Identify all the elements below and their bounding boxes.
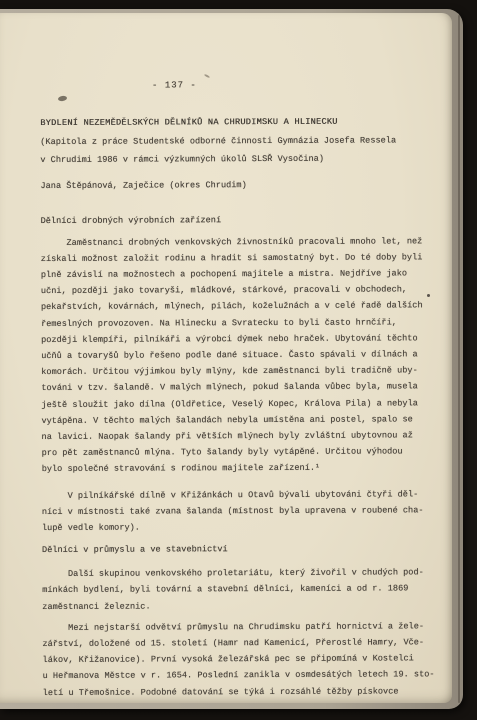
author-line: Jana Štěpánová, Zaječice (okres Chrudim) (40, 176, 452, 195)
page-content: - 137 - BYDLENÍ NEZEMĚDĚLSKÝCH DĚLNÍKŮ N… (0, 79, 455, 701)
ink-speck (427, 294, 430, 297)
scanned-book-photo: - 137 - BYDLENÍ NEZEMĚDĚLSKÝCH DĚLNÍKŮ N… (0, 0, 477, 720)
scanned-page: - 137 - BYDLENÍ NEZEMĚDĚLSKÝCH DĚLNÍKŮ N… (0, 13, 452, 703)
section-heading: Dělníci v průmyslu a ve stavebnictví (42, 540, 454, 559)
article-subtitle: (Kapitola z práce Studentské odborné čin… (40, 131, 452, 170)
page-number: - 137 - (152, 79, 452, 91)
paragraph: Zaměstnanci drobných venkovských živnost… (41, 233, 454, 478)
paragraph: Další skupinou venkovského proletariátu,… (42, 564, 454, 614)
section-heading: Dělníci drobných výrobních zařízení (41, 211, 453, 230)
paragraph: Mezi nejstarší odvětví průmyslu na Chrud… (42, 618, 454, 701)
article-title: BYDLENÍ NEZEMĚDĚLSKÝCH DĚLNÍKŮ NA CHRUDI… (40, 112, 452, 132)
ink-speck (204, 74, 210, 79)
paragraph: V pilníkářské dílně v Křižánkách u Otavů… (42, 486, 454, 536)
